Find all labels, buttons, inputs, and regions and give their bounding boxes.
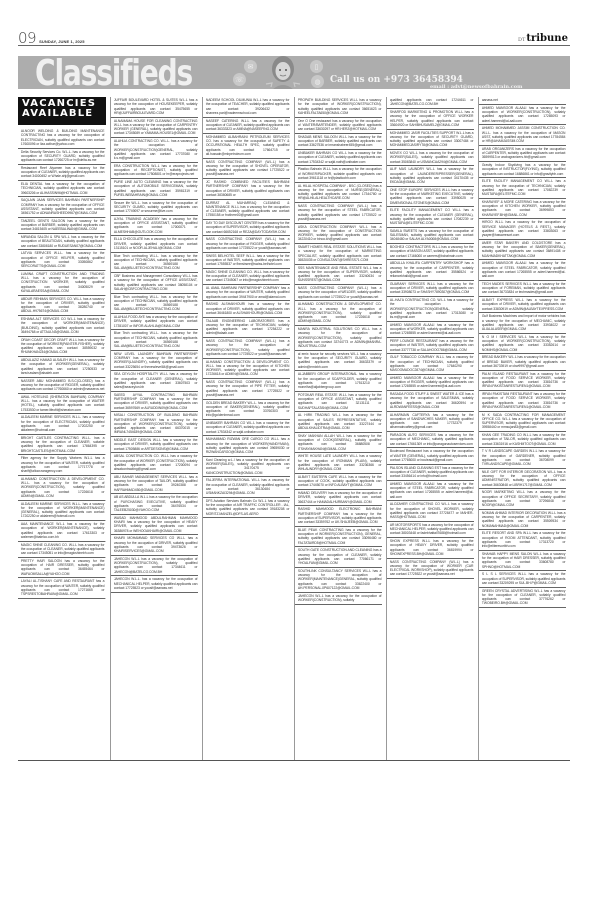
- column-1: VACANCIES AVAILABLE ALNOOR WELDING & BUI…: [18, 97, 106, 760]
- classified-ad: NILE GIFT FOR INTERIOR DECORATION W.L.L …: [479, 469, 566, 490]
- classified-ad: NASS CONTRACTING COMPANY (W.L.L) has a v…: [203, 338, 290, 359]
- classified-ad: AHMED MANSOOR ALAALI has a vacancy for t…: [387, 375, 474, 391]
- classified-ad: Plastico Bahrain W.L.L has a vacancy for…: [295, 166, 382, 182]
- classified-ad: ELIA DENTAL has a vacancy for the occupa…: [18, 181, 105, 197]
- classified-ad: NASEEF CATERING W.L.L has a vacancy for …: [203, 118, 290, 134]
- classified-ad: JAHECON W.L.L has a vacancy for the occu…: [295, 593, 382, 605]
- classified-ad: Blue Tech contracting W.L.L. has a vacan…: [111, 253, 198, 274]
- issue-date: SUNDAY, JUNE 1, 2025: [39, 39, 84, 44]
- support-agent-illustration: [264, 56, 302, 89]
- classified-ad: FALJERRA INTERNATIONAL W.L.L has a vacan…: [203, 477, 290, 498]
- classified-ad: MUHAMMAD RIZWAN ORE CARGO CO W.L.L has a…: [203, 436, 290, 457]
- advert-email: email : advt@newsofbahrain.com: [430, 84, 522, 90]
- classified-ad: PARAGON AUTO SERVICES has a vacancy for …: [387, 432, 474, 448]
- classified-ad: SEA CEYLON HOSPITALITY W.L.L has a vacan…: [111, 371, 198, 392]
- classified-ad: MAGIC SHINE CLEANING CO. W.L.L has a vac…: [203, 269, 290, 285]
- mobile-icon: ▯: [310, 60, 323, 73]
- classified-ad: ALAHLIA FOOD AYE has a vacancy for the o…: [111, 314, 198, 330]
- classified-ad: AHMED MANSOOR ALAALI has a vacancy for t…: [387, 322, 474, 338]
- classified-ad: ONE STOP EUROPE SERVICES W.L.L has a vac…: [387, 187, 474, 208]
- classified-ad: SOUTHLINK CONSULTANCY SERVICES W.L.L has…: [295, 568, 382, 593]
- classified-ad: TECH MADES SERVICES W.L.L has a vacancy …: [479, 281, 566, 297]
- classified-ad: AL HILAL HOSPITAL COMPANY - BSC (CLOSED)…: [295, 183, 382, 204]
- classified-ad: AB AS ABDULLA W.L.L has a vacancy for th…: [111, 494, 198, 515]
- classified-ad: AL AMAL BAHRAINI PARTNERSHIP COMPANY has…: [203, 285, 290, 301]
- classified-ad: ARAB ORGANIZERS has a vacancy for the oc…: [479, 146, 566, 162]
- globe-icon: ◍: [311, 75, 324, 88]
- classified-ad: SHARFOD MARKETING & PROMOTION W.L.L has …: [387, 109, 474, 130]
- mail-icon: ✉: [244, 60, 257, 73]
- classified-ad: al emix house for security services W.L.…: [295, 351, 382, 372]
- classified-ad: CBF Business and Management Consultancy …: [111, 273, 198, 294]
- classified-ad: GUARANY SERVICES W.L.L has a vacancy for…: [387, 281, 474, 297]
- classified-ad: AHMED MANSOOR ALAALI has a vacancy for t…: [387, 481, 474, 502]
- classified-ad: ELLA CHOCOLATE has a vacancy for the occ…: [111, 236, 198, 252]
- column-6: aanass.net AHMED MANSOOR ALAALI has a va…: [478, 97, 566, 760]
- classified-ad: JAHECON W.L.L. has a vacancy for the occ…: [111, 576, 198, 592]
- classified-ad: ALOZAHER CONTRACTING CO W.L.L has a vaca…: [387, 501, 474, 522]
- classified-ad: MIRANDA SALON & SPA W.L.L has a vacancy …: [18, 234, 105, 250]
- classified-ad: ALNOOR WELDING & BUILDING MAINTENANCE CO…: [18, 128, 105, 149]
- classified-ad: Gravity Indoor Skydiving has a vacancy f…: [479, 162, 566, 178]
- classified-ad: SAQLAIN JAAN SERVICES BAHRAIN PARTNERSHI…: [18, 197, 105, 218]
- classified-ad: RASHID MAHMOOD ELECTRONIC BAHRAINI PARTN…: [295, 506, 382, 527]
- classified-ad: SHAY MAKHAN ALLAH W.L.L has a vacancy fo…: [295, 433, 382, 454]
- classified-ad: ALHAMAD CONSTRUCTION & DEVELOPMENT CO. W…: [295, 301, 382, 326]
- classified-ad: LUMINA CRAFT CONSTRUCTION AND TRADING W.…: [18, 271, 105, 296]
- classified-ad: MIDDLE EAST DESIGN W.L.L has a vacancy f…: [111, 437, 198, 453]
- classified-ad: JAHECON W.L.L has a vacancy for the occu…: [111, 556, 198, 577]
- classified-ad: MOVEX CO W.L.L has a vacancy for the occ…: [387, 150, 474, 166]
- classified-ad: TALAAB ENGINEERING LABORATORIES has a va…: [203, 318, 290, 339]
- classified-ad: TANZEEL GENTS SALOON has a vacancy for t…: [18, 218, 105, 234]
- classified-ad: NASS CONTRACTING COMPANY (W.L.L) has a v…: [387, 559, 474, 580]
- classifieds-columns: VACANCIES AVAILABLE ALNOOR WELDING & BUI…: [18, 97, 570, 760]
- classified-ad: KHARAYEF & MORE CATERING has a vacancy f…: [479, 199, 566, 220]
- header-rule-right: [272, 45, 570, 46]
- classified-ad: PROPATH BUILDING SERVICES W.L.L has a va…: [295, 97, 382, 118]
- classified-ad: MISALI CONSTRUCTION OF BUILDING BAHRAIN …: [111, 412, 198, 437]
- classified-ad: BLUE PEAK CONTRACTING has a vacancy for …: [295, 527, 382, 548]
- classified-ad: NOOR MARKETING W.L.L has a vacancy for t…: [479, 489, 566, 510]
- classified-ad: PALSON ISLAND CLEANING EST has a vacancy…: [387, 465, 474, 481]
- classified-ad: NASSER ABU MOHAMMED B.S.C(CLOSED) has a …: [18, 378, 105, 394]
- classified-ad: Filter agency for the Supply Workers W.L…: [18, 455, 105, 476]
- classified-ad: RASHID ALSHAKHOURI has a vacancy for the…: [203, 301, 290, 317]
- classified-ad: NASS CONTRACTING COMPANY (W.L.L) has a v…: [203, 379, 290, 400]
- classified-ad: NASS CONTRACTING COMPANY (W.L.L) has a v…: [203, 159, 290, 180]
- classified-ad: SHAHAB HAPPY MENS SALON W.L.L has a vaca…: [479, 551, 566, 572]
- classified-ad: DFS Aviation Services Bahrain Co W.L.L h…: [203, 498, 290, 519]
- classified-ad: S L S L SERVICES W.L.L has a vacancy for…: [479, 571, 566, 587]
- classified-ad: SWISS BELHOTEL SEEF W.L.L. has a vacancy…: [203, 253, 290, 269]
- classified-ad: GULF TOBACCO COMPANY W.L.L has a vacancy…: [387, 354, 474, 375]
- classified-ad: SOUTH GATE CONSTRUCTION AND CLEANING has…: [295, 547, 382, 568]
- classified-ad: T V R LANDSCAPE GARDEN W.L.L has a vacan…: [479, 448, 566, 469]
- classified-ad: AJYAL TRAINING ACADEMY has a vacancy for…: [111, 216, 198, 237]
- classified-ad: KHAN GEE TRADING CO W.L.L has a vacancy …: [479, 432, 566, 448]
- classified-ad: AHMED MOHAMMED JASSIM CONSTRUCTION CO. W…: [479, 125, 566, 146]
- classified-ad: ALIF MAS LAUNDRY W.L.L has a vacancy for…: [387, 166, 474, 187]
- classified-ad: MAGIC SHINE CLEANING CO. W.L.L has a vac…: [18, 542, 105, 558]
- classified-ad: Gulf Business Machines and import of mot…: [479, 313, 566, 334]
- classified-ad: MANRA INDUSTRIAL SOLUTIONS CO W.L.L has …: [295, 326, 382, 351]
- classified-ad: AAA MAINTENANCE W.L.L has a vacancy for …: [18, 521, 105, 542]
- classified-ad: POTOKAR REAL ESTATE W.L.L has a vacancy …: [295, 392, 382, 413]
- column-5: qualified applicants can contact 1724461…: [386, 97, 474, 760]
- classified-ad: ABDULLA KHALIFA CARPENTRY WORKSHOP has a…: [387, 260, 474, 281]
- email-text: email : advt@newsofbahrain.com: [430, 84, 522, 90]
- classified-ad: JUFFAIR BOULEVARD HOTEL & SUITES W.L.L h…: [111, 97, 198, 118]
- classified-ad: ALHAMAD CONSTRUCTION & DEVELOPMENT CO. W…: [18, 476, 105, 501]
- classified-ad: ALDALEEM MARINE SERVICES W.L.L. has a va…: [18, 501, 105, 522]
- column-2: JUFFAIR BOULEVARD HOTEL & SUITES W.L.L h…: [110, 97, 198, 760]
- classified-ad: ABU BAHAR MANAGEMENT SERVICES W.L.L has …: [111, 474, 198, 495]
- classified-ad: IRFAN PAKISTANI RESTAURANT has a vacancy…: [479, 391, 566, 412]
- classified-ad: KHAIRI MOHAMMAD SERVICES CO W.L.L has a …: [111, 535, 198, 556]
- classified-ad: ALHARMAIN CAFTERYA has a vacancy for the…: [387, 412, 474, 433]
- logo-prefix: DT: [518, 37, 525, 43]
- classified-ad: Secure life W.L.L. has a vacancy for the…: [111, 200, 198, 216]
- classified-ad: HAMAD DELIVERY has a vacancy for the occ…: [295, 490, 382, 506]
- classified-ad: ELITE FACILITY MANAGEMENT CO W.L.L has a…: [387, 207, 474, 228]
- classified-ad: ESHANA ALT SERVICES CO W.L.L has a vacan…: [18, 316, 105, 337]
- classified-ad: SSS MAINTENANCE AND REAL ESTATE W.L.L ha…: [295, 265, 382, 286]
- classified-ad: SHOW EXPRESS W.L.L has a vacancy for the…: [387, 538, 474, 559]
- classified-ad: AL-HAJ'A CONTRACTING CO. W.L.L has a vac…: [387, 297, 474, 322]
- classified-ad: BREAD BAKERY W.L.L has a vacancy for the…: [479, 354, 566, 370]
- page-number: 09: [18, 31, 36, 46]
- classified-ad: NADEEM SCHOOL DILMUNIA W.L.L has a vacan…: [203, 97, 290, 118]
- logo-text: tribune: [526, 33, 568, 44]
- classified-ad: UNIBAKER BAHRAIN CO W.L.L has a vacancy …: [295, 150, 382, 166]
- classified-ad: MOHAMMED JASIR FACILITIES SUPPORT W.L.L …: [387, 130, 474, 151]
- classified-ad: ALAHLIA CONTRACTING CO. W.L.L. has a vac…: [111, 138, 198, 163]
- classified-ad: NASS CONTRACTING COMPANY (W.L.L) has a v…: [295, 285, 382, 301]
- classified-ad: DURRAT AL MUHARRAQ CLEANING & MAINTENANC…: [203, 200, 290, 221]
- classified-ad: SMART HOMES REAL ESTATE SOLUTIONS W.L.L …: [295, 244, 382, 265]
- classified-ad: GREEN CRYSTAL ADVERTISING W.L.L has a va…: [479, 588, 566, 609]
- classified-ad: BOOHEJI CONTRACTORS W.L.L has a vacancy …: [387, 244, 474, 260]
- classified-ad: ELITE RESORT AND SPA W.L.L has a vacancy…: [479, 530, 566, 551]
- classified-ad: BRIGHT CASTLES CONTRACTING W.L.L. has a …: [18, 435, 105, 456]
- column-4: PROPATH BUILDING SERVICES W.L.L has a va…: [294, 97, 382, 760]
- classified-ad: WASAD MAHMOOD ABDULRAHMAN MAHMOOD KHAIRI…: [111, 515, 198, 536]
- banner-title: Classifieds: [35, 56, 192, 89]
- classified-ad: AMER STAR BAKERY AND COLDSTORE has a vac…: [479, 240, 566, 261]
- classified-ad: HIROO W.L.L has a vacancy for the occupa…: [479, 219, 566, 240]
- classified-ad: Restaurant Reef Alyamen has a vacancy fo…: [18, 165, 105, 181]
- classified-ad: AR MOTORSPORTS has a vacancy for the occ…: [387, 522, 474, 538]
- classified-ad: ALHAMAD CONSTRUCTION & DEVELOPMENT CO. W…: [203, 359, 290, 380]
- classified-ad: ALBAYT EXPRESS W.L.L has a vacancy for t…: [479, 297, 566, 313]
- classified-ad: PERF LOUNGE RESTAURANT has a vacancy for…: [387, 338, 474, 354]
- classified-ad: NEW LEVEL LAUNDRY BAHRAIN PARTNERSHIP CO…: [111, 351, 198, 372]
- classified-ad: aanass.net: [479, 97, 566, 105]
- vacancies-available-heading: VACANCIES AVAILABLE: [18, 97, 106, 125]
- classified-ad: Delta Security Services Co. W.L.L. has a…: [18, 149, 105, 165]
- column-3: NADEEM SCHOOL DILMUNIA W.L.L has a vacan…: [202, 97, 290, 760]
- classified-ad: SAMILA SWEETS has a vacancy for the occu…: [387, 228, 474, 244]
- classified-ad: Kani Cleaning w.L.l has a vacancy for th…: [203, 457, 290, 478]
- classified-ad: ASKA CONSTRUCTION COMPANY W.L.L has a va…: [295, 224, 382, 245]
- classified-ad: One O One restaurant has a vacancy for t…: [295, 118, 382, 134]
- classified-ad: ALBAYT EASTERN CAFE W.L.L has a vacancy …: [295, 474, 382, 490]
- masthead: 09 SUNDAY, JUNE 1, 2025: [18, 28, 272, 46]
- classified-ad: LAYALI AL-TISHANY CAFE AND RESTAURANT ha…: [18, 578, 105, 599]
- classified-ad: ABDUR REHMAN SERVICES CO. W.L.L has a va…: [18, 296, 105, 317]
- classified-ad: AHMED MANSOOR ALAALI has a vacancy for t…: [479, 105, 566, 126]
- classified-ad: PURE LINE AUTO CLEANING has a vacancy fo…: [111, 179, 198, 200]
- classified-ad: ORAH COAST DECOR CRAFT W.L.L has a vacan…: [18, 337, 105, 358]
- classified-ad: N O M I SERVICES W.L.L has a vacancy for…: [479, 334, 566, 355]
- classified-ad: NASS CONTRACTING COMPANY (W.L.L) has a v…: [295, 203, 382, 224]
- classified-ad: PRETTY HAIR SALOON has a vacancy for the…: [18, 558, 105, 579]
- classified-ad: UNIBAKER BAHRAIN CO W.L.L has a vacancy …: [203, 420, 290, 436]
- classified-ad: Boulevard Restaurant has a vacancy for t…: [387, 448, 474, 464]
- classified-ad: Blue Tech contracting W.L.L. has a vacan…: [111, 330, 198, 351]
- classified-ad: AWAL HOTELING (SHERATON BAHRAIN) COMPANY…: [18, 394, 105, 415]
- classified-ad: SHADAB MENS SALOON W.L.L has a vacancy f…: [295, 134, 382, 150]
- classified-ad: ABSAL CONSTRUCTION CO. W.L.L has a vacan…: [111, 453, 198, 474]
- phone-icon: ☏: [233, 73, 246, 86]
- classified-ad: ERA CONSTRUCTION W.L.L has a vacancy for…: [111, 163, 198, 179]
- classified-ad: SAEED AYYAL CONTRACTING BAHRAIN PARTNERS…: [111, 392, 198, 413]
- classified-ad: GOLDEN BREAD BAKERY W.L.L. has a vacancy…: [203, 400, 290, 421]
- classified-ad: ALDALEEM MARINE SERVICES W.L.L. has a va…: [18, 414, 105, 435]
- heading-line-2: AVAILABLE: [22, 109, 103, 119]
- bottom-rule: [18, 760, 570, 761]
- header-rule: [18, 45, 272, 46]
- tribune-logo: DTtribune: [518, 33, 568, 44]
- classified-ad: ALJABBERI GROUP INTERNATIONAL has a vaca…: [295, 371, 382, 392]
- classified-ad: LATVIA SERVICES W.L.L. has a vacancy for…: [18, 250, 105, 271]
- classified-ad: M K SADA CONTRACTING FOR MANAGEMENT OFFI…: [479, 412, 566, 433]
- classified-ad: NASS CONTRACTING COMPANY (W.L.L) has a v…: [203, 236, 290, 252]
- classified-ad: NOMAN AHMAD INTERIOR DECORATION W.L.L ha…: [479, 510, 566, 531]
- classified-ad: ELITE FACILITY MANAGEMENT CO W.L.L has a…: [479, 178, 566, 199]
- classified-ad: qualified applicants can contact 1724461…: [387, 97, 474, 109]
- classified-ad: ALNAMAMA HOUSE FOR CLEANING CONTRACTING …: [111, 118, 198, 139]
- classified-ad: RASADA FOOD STUFF & SWEET WATER & ICE ha…: [387, 391, 474, 412]
- classified-ad: DAY TO DAY DISCOUNT CENTER has a vacancy…: [203, 220, 290, 236]
- classified-ad: MOHAMMED ALBAHRAINI PETROLEUM SERVICES C…: [203, 134, 290, 159]
- classified-ad: Blue Tech contracting W.L.L. has a vacan…: [111, 294, 198, 315]
- classified-ad: WHITE HOUSE LATE LAUNDRY W.L.L has a vac…: [295, 453, 382, 474]
- classified-ad: ABDULAZIZ HAMAD ALSALEH W.L.L has a vaca…: [18, 357, 105, 378]
- classified-ad: AHMED MANSOOR ALAALI has a vacancy for t…: [479, 260, 566, 281]
- classified-ad: AL HIRK TRADING W.L.L has a vacancy for …: [295, 412, 382, 433]
- classified-ad: PALM ISLAND RESTAURANT has a vacancy for…: [479, 371, 566, 392]
- classified-ad: JC RASHID COMBINED FACILITIES BAHRAINI P…: [203, 179, 290, 200]
